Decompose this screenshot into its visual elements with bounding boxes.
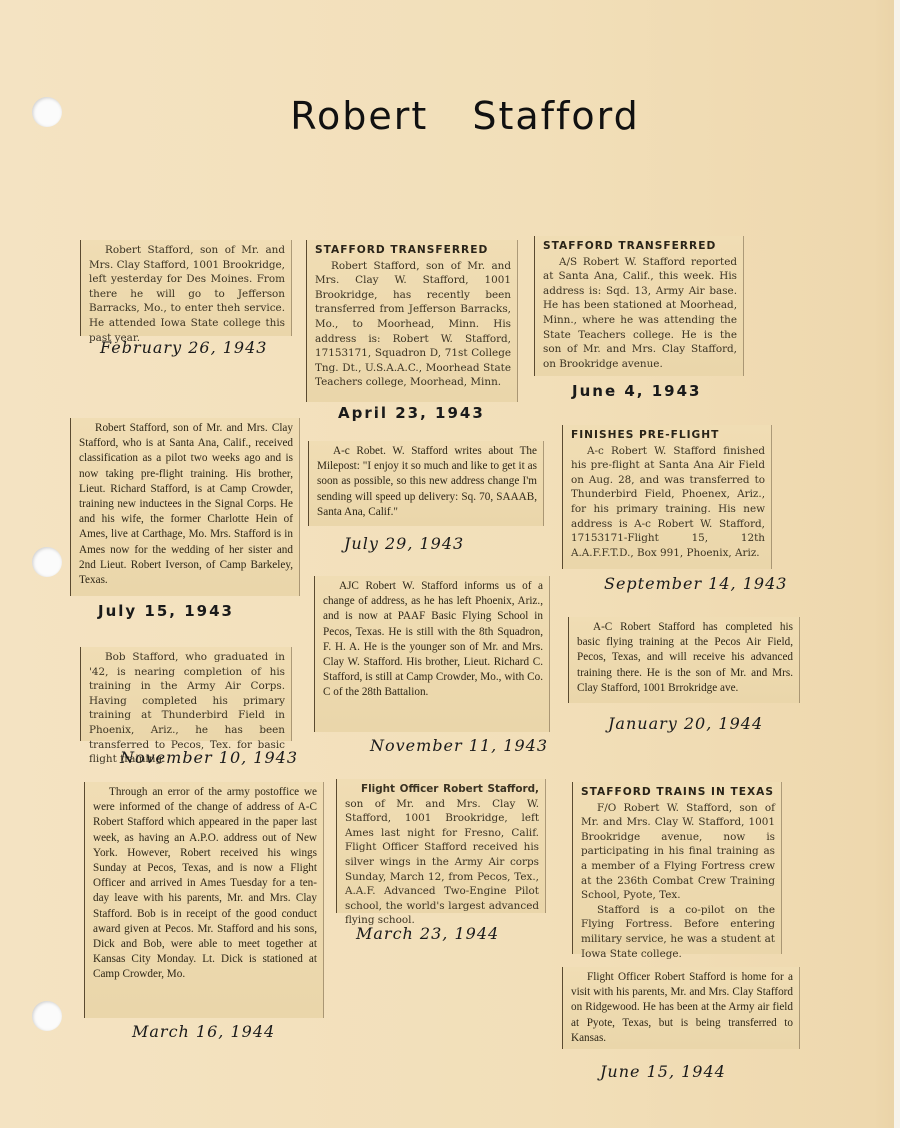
handwritten-date: March 16, 1944 (132, 1022, 275, 1041)
handwritten-date: April 23, 1943 (338, 404, 485, 422)
handwritten-date: July 29, 1943 (344, 534, 464, 553)
clipping-jun-15-1944: Flight Officer Robert Stafford is home f… (562, 967, 800, 1049)
handwritten-date: January 20, 1944 (608, 714, 763, 733)
clipping-lead: Flight Officer Robert Stafford, (361, 783, 539, 795)
clipping-stafford-trains-in-texas: STAFFORD TRAINS IN TEXAS F/O Robert W. S… (572, 782, 782, 954)
clipping-headline: FINISHES PRE-FLIGHT (571, 428, 765, 443)
clipping-mar-23-1944: Flight Officer Robert Stafford, son of M… (336, 779, 546, 913)
clipping-body: Robert Stafford, son of Mr. and Mrs. Cla… (79, 421, 293, 588)
clipping-jul-15-1943: Robert Stafford, son of Mr. and Mrs. Cla… (70, 418, 300, 596)
clipping-apr-23-1943: STAFFORD TRANSFERRED Robert Stafford, so… (306, 240, 518, 402)
handwritten-date: July 15, 1943 (98, 602, 234, 620)
clipping-jan-20-1944: A-C Robert Stafford has completed his ba… (568, 617, 800, 703)
clipping-body: Flight Officer Robert Stafford, son of M… (345, 782, 539, 928)
handwritten-date: June 15, 1944 (600, 1062, 726, 1081)
page-title: Robert Stafford (0, 94, 900, 138)
clipping-body-continued: Stafford is a co-pilot on the Flying For… (581, 903, 775, 961)
clipping-jun-4-1943: STAFFORD TRANSFERRED A/S Robert W. Staff… (534, 236, 744, 376)
clipping-jul-29-1943: A-c Robet. W. Stafford writes about The … (308, 441, 544, 526)
clipping-feb-26-1943: Robert Stafford, son of Mr. and Mrs. Cla… (80, 240, 292, 336)
handwritten-date: March 23, 1944 (356, 924, 499, 943)
binder-hole (32, 1001, 62, 1031)
clipping-body: AJC Robert W. Stafford informs us of a c… (323, 579, 543, 701)
clipping-body-rest: son of Mr. and Mrs. Clay W. Stafford, 10… (345, 798, 539, 927)
clipping-body: A/S Robert W. Stafford reported at Santa… (543, 255, 737, 372)
clipping-sep-14-1943: FINISHES PRE-FLIGHT A-c Robert W. Staffo… (562, 425, 772, 569)
clipping-body: F/O Robert W. Stafford, son of Mr. and M… (581, 801, 775, 903)
handwritten-date: November 10, 1943 (120, 748, 298, 767)
clipping-headline: STAFFORD TRANSFERRED (543, 239, 737, 254)
clipping-headline: STAFFORD TRANSFERRED (315, 243, 511, 258)
clipping-nov-11-1943: AJC Robert W. Stafford informs us of a c… (314, 576, 550, 732)
clipping-headline: STAFFORD TRAINS IN TEXAS (581, 785, 775, 800)
handwritten-date: September 14, 1943 (604, 574, 787, 593)
clipping-body: A-C Robert Stafford has completed his ba… (577, 620, 793, 696)
clipping-body: Through an error of the army postoffice … (93, 785, 317, 983)
handwritten-date: June 4, 1943 (572, 382, 701, 400)
binder-hole (32, 547, 62, 577)
handwritten-date: February 26, 1943 (100, 338, 267, 357)
clipping-body: A-c Robert W. Stafford finished his pre-… (571, 444, 765, 561)
handwritten-date: November 11, 1943 (370, 736, 548, 755)
clipping-nov-10-1943: Bob Stafford, who graduated in '42, is n… (80, 647, 292, 741)
page-edge (894, 0, 900, 1128)
clipping-body: Robert Stafford, son of Mr. and Mrs. Cla… (315, 259, 511, 390)
clipping-mar-16-1944: Through an error of the army postoffice … (84, 782, 324, 1018)
clipping-body: Flight Officer Robert Stafford is home f… (571, 970, 793, 1046)
clipping-body: A-c Robet. W. Stafford writes about The … (317, 444, 537, 520)
clipping-body: Robert Stafford, son of Mr. and Mrs. Cla… (89, 243, 285, 345)
